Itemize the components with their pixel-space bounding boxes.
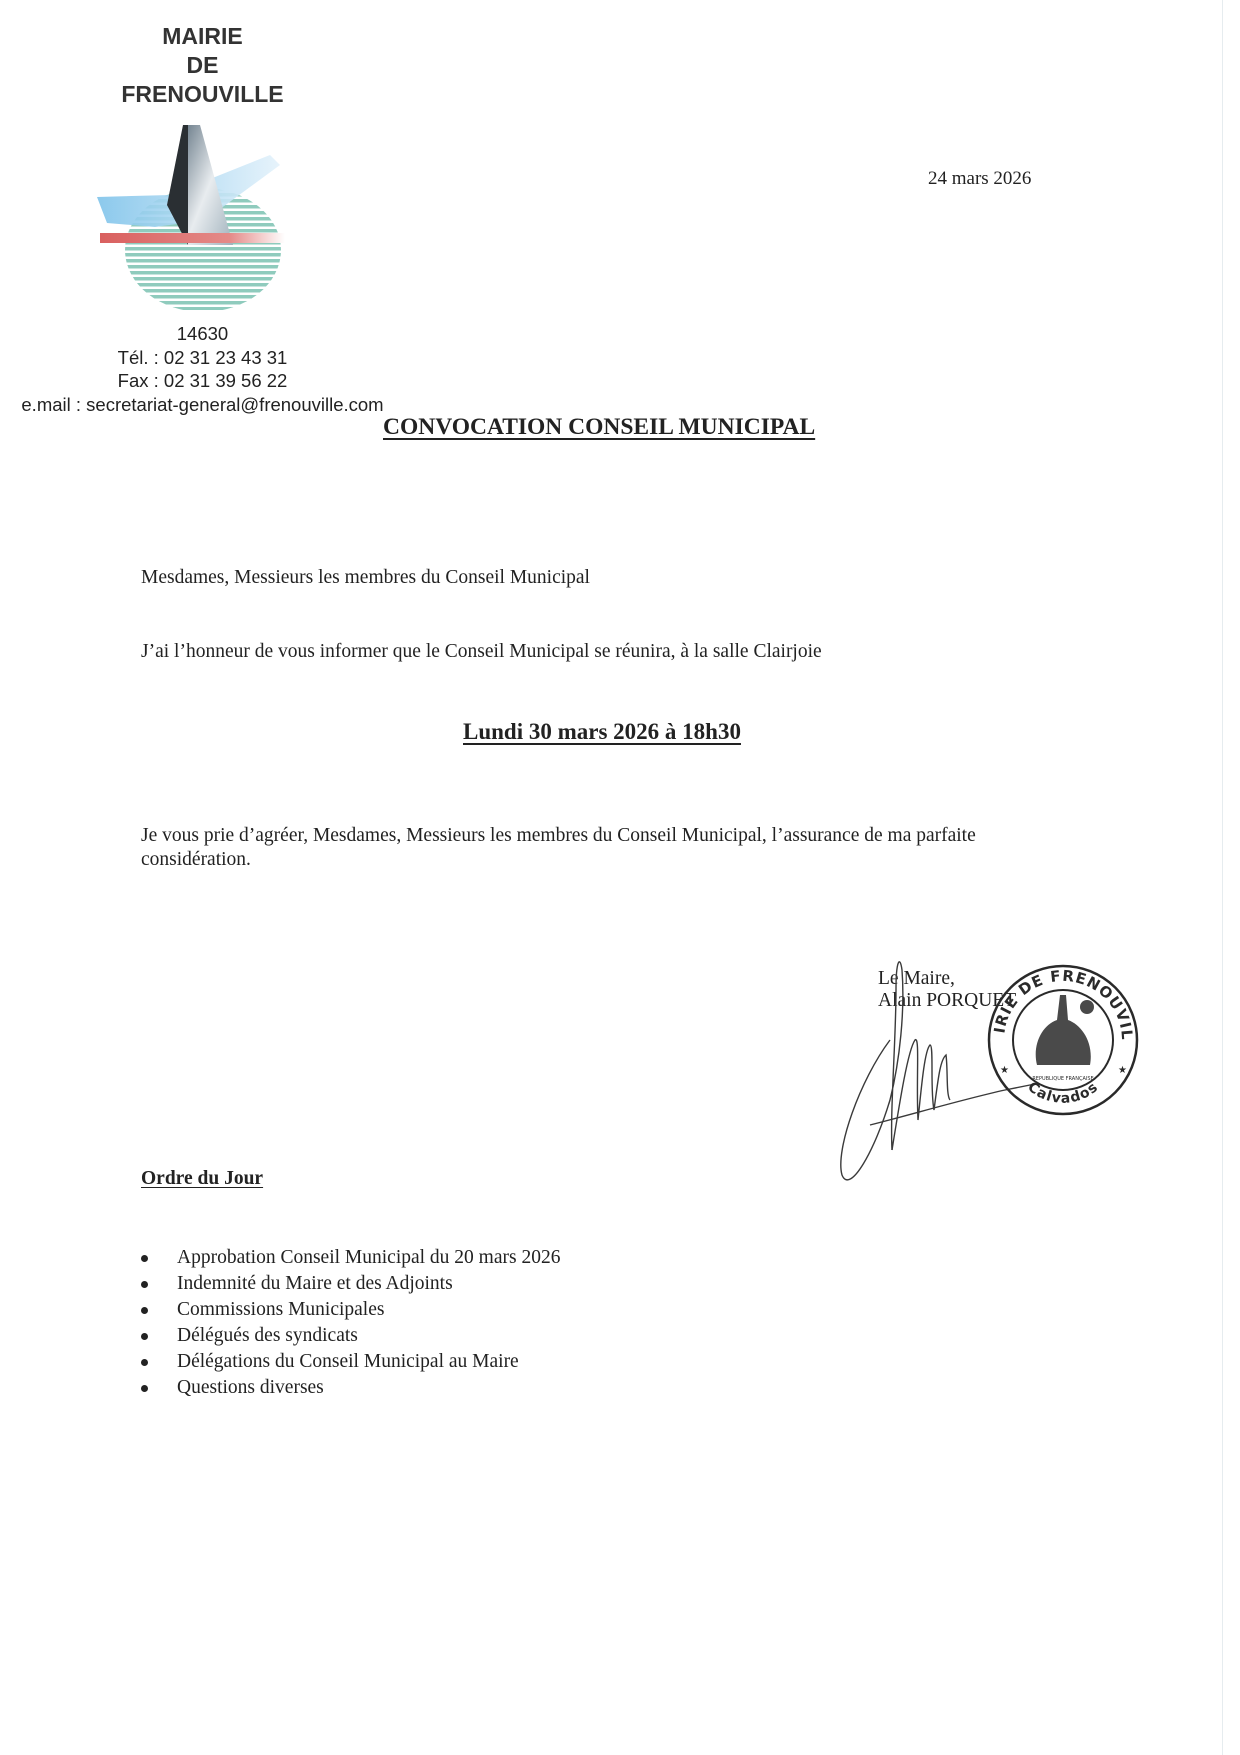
phone-number: Tél. : 02 31 23 43 31 <box>0 346 405 370</box>
contact-block: 14630 Tél. : 02 31 23 43 31 Fax : 02 31 … <box>0 322 405 416</box>
document-title: CONVOCATION CONSEIL MUNICIPAL <box>383 414 815 441</box>
document-page: MAIRIE DE FRENOUVILLE <box>0 0 1240 1755</box>
closing-paragraph: Je vous prie d’agréer, Mesdames, Messieu… <box>141 824 1061 872</box>
agenda-list: Approbation Conseil Municipal du 20 mars… <box>141 1245 560 1401</box>
salutation: Mesdames, Messieurs les membres du Conse… <box>141 567 590 589</box>
bullet-icon <box>141 1385 148 1392</box>
fax-number: Fax : 02 31 39 56 22 <box>0 369 405 393</box>
agenda-item: Approbation Conseil Municipal du 20 mars… <box>141 1245 560 1271</box>
letterhead-line-3: FRENOUVILLE <box>100 80 305 109</box>
sailboat-logo-icon <box>95 125 295 310</box>
letterhead-line-1: MAIRIE <box>100 22 305 51</box>
svg-text:★: ★ <box>1000 1065 1009 1076</box>
bullet-icon <box>141 1307 148 1314</box>
scan-edge-line <box>1222 0 1223 1755</box>
bullet-icon <box>141 1333 148 1340</box>
agenda-title: Ordre du Jour <box>141 1168 263 1190</box>
bullet-icon <box>141 1281 148 1288</box>
svg-text:REPUBLIQUE FRANÇAISE: REPUBLIQUE FRANÇAISE <box>1032 1076 1093 1082</box>
postal-code: 14630 <box>0 322 405 346</box>
bullet-icon <box>141 1255 148 1262</box>
letter-date: 24 mars 2026 <box>928 168 1031 190</box>
bullet-icon <box>141 1359 148 1366</box>
agenda-item: Questions diverses <box>141 1375 560 1401</box>
agenda-item: Indemnité du Maire et des Adjoints <box>141 1271 560 1297</box>
email-address: e.mail : secretariat-general@frenouville… <box>0 393 405 417</box>
agenda-item: Délégations du Conseil Municipal au Mair… <box>141 1349 560 1375</box>
letterhead-line-2: DE <box>100 51 305 80</box>
meeting-datetime: Lundi 30 mars 2026 à 18h30 <box>463 719 741 745</box>
letterhead-title: MAIRIE DE FRENOUVILLE <box>100 22 305 109</box>
svg-text:★: ★ <box>1118 1065 1127 1076</box>
official-seal-icon: MAIRIE DE FRENOUVILLE Calvados REPUBLIQU… <box>982 955 1144 1125</box>
agenda-item: Délégués des syndicats <box>141 1323 560 1349</box>
svg-text:Calvados: Calvados <box>1024 1079 1101 1107</box>
intro-paragraph: J’ai l’honneur de vous informer que le C… <box>141 641 822 663</box>
agenda-item: Commissions Municipales <box>141 1297 560 1323</box>
